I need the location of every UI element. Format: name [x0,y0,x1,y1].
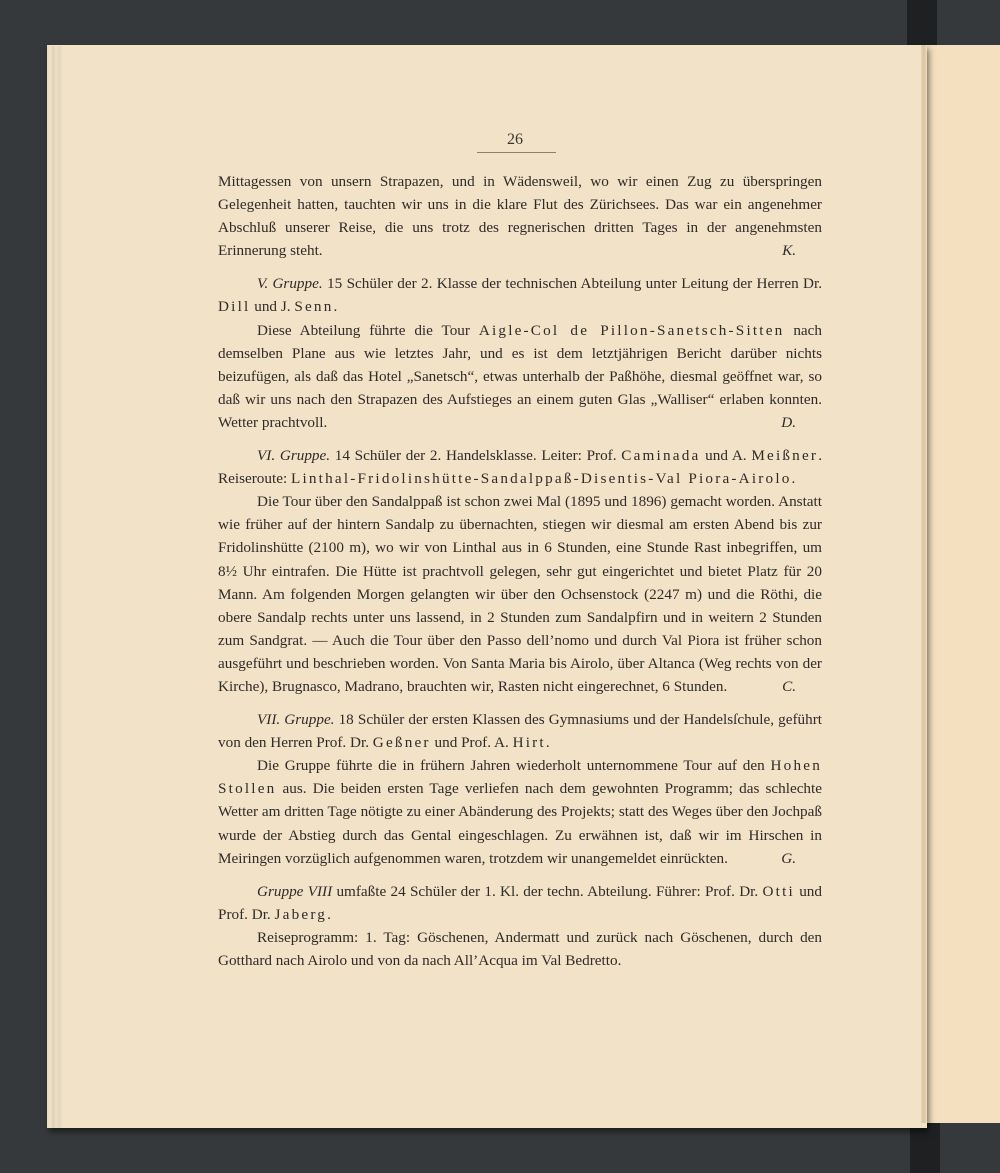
group-label: Gruppe VIII [257,883,332,900]
author-signature: D. [742,411,796,434]
paragraph-group-vii-report: Die Gruppe führte die in frühern Jahren … [218,754,822,869]
book-spine [921,45,927,1123]
paragraph-group-vi: VI. Gruppe. 14 Schüler der 2. Handelskla… [218,444,822,490]
paragraph-text: Mittagessen von unsern Strapazen, und in… [218,173,822,259]
paragraph-text: aus. Die beiden ersten Tage verliefen na… [218,780,822,866]
book-gutter-shadow-bottom [910,1122,940,1173]
paragraph-text: Die Gruppe führte die in frühern Jahren … [257,757,771,774]
paragraph-group-viii-program: Reiseprogramm: 1. Tag: Göschenen, Anderm… [218,926,822,972]
paragraph-1: Mittagessen von unsern Strapazen, und in… [218,170,822,262]
leader-name: Geßner [373,734,431,751]
leader-name: Otti [762,883,794,900]
leader-name: Meißner [751,447,818,464]
leader-name: Caminada [621,447,700,464]
paragraph-text: . [792,470,796,487]
author-signature: C. [743,675,796,698]
paragraph-text: 15 Schüler der 2. Klasse der technischen… [327,275,822,292]
body-text: Mittagessen von unsern Strapazen, und in… [218,170,822,972]
paragraph-text: Reiseprogramm: 1. Tag: Göschenen, Anderm… [218,929,822,969]
author-signature: G. [742,847,796,870]
paragraph-text: und J. [250,298,294,315]
paragraph-group-v: V. Gruppe. 15 Schüler der 2. Klasse der … [218,272,822,318]
paragraph-group-viii: Gruppe VIII umfaßte 24 Schüler der 1. Kl… [218,880,822,926]
leader-name: Hirt [513,734,546,751]
route-name: Aigle-Col de Pillon-Sanetsch-Sitten [479,322,785,339]
group-label: V. Gruppe. [257,275,323,292]
author-signature: K. [782,239,796,262]
paragraph-text: . [334,298,338,315]
page-number-rule [477,152,556,153]
paragraph-text: . [327,906,331,923]
leader-name: Senn [294,298,333,315]
paragraph-text: Die Tour über den Sandalppaß ist schon z… [218,493,822,695]
paragraph-text: und A. [700,447,751,464]
leader-name: Dill [218,298,250,315]
leader-name: Jaberg [275,906,328,923]
paragraph-text: . [546,734,550,751]
paragraph-text: 14 Schüler der 2. Handelsklasse. Leiter:… [330,447,621,464]
group-label: VII. Gruppe. [257,711,334,728]
adjacent-page [927,45,1000,1123]
paragraph-group-vii: VII. Gruppe. 18 Schüler der ersten Klass… [218,708,822,754]
route-name: Linthal-Fridolinshütte-Sandalppaß-Disent… [291,470,792,487]
book-gutter-shadow-top [907,0,937,45]
paragraph-text: und Prof. A. [431,734,513,751]
paragraph-text: Diese Abteilung führte die Tour [257,322,479,339]
page-number: 26 [0,131,1000,149]
paragraph-group-vi-report: Die Tour über den Sandalppaß ist schon z… [218,490,822,698]
page-stack-edge [47,46,63,1128]
group-label: VI. Gruppe. [257,447,330,464]
paragraph-text: umfaßte 24 Schüler der 1. Kl. der techn.… [332,883,762,900]
paragraph-group-v-report: Diese Abteilung führte die Tour Aigle-Co… [218,319,822,434]
